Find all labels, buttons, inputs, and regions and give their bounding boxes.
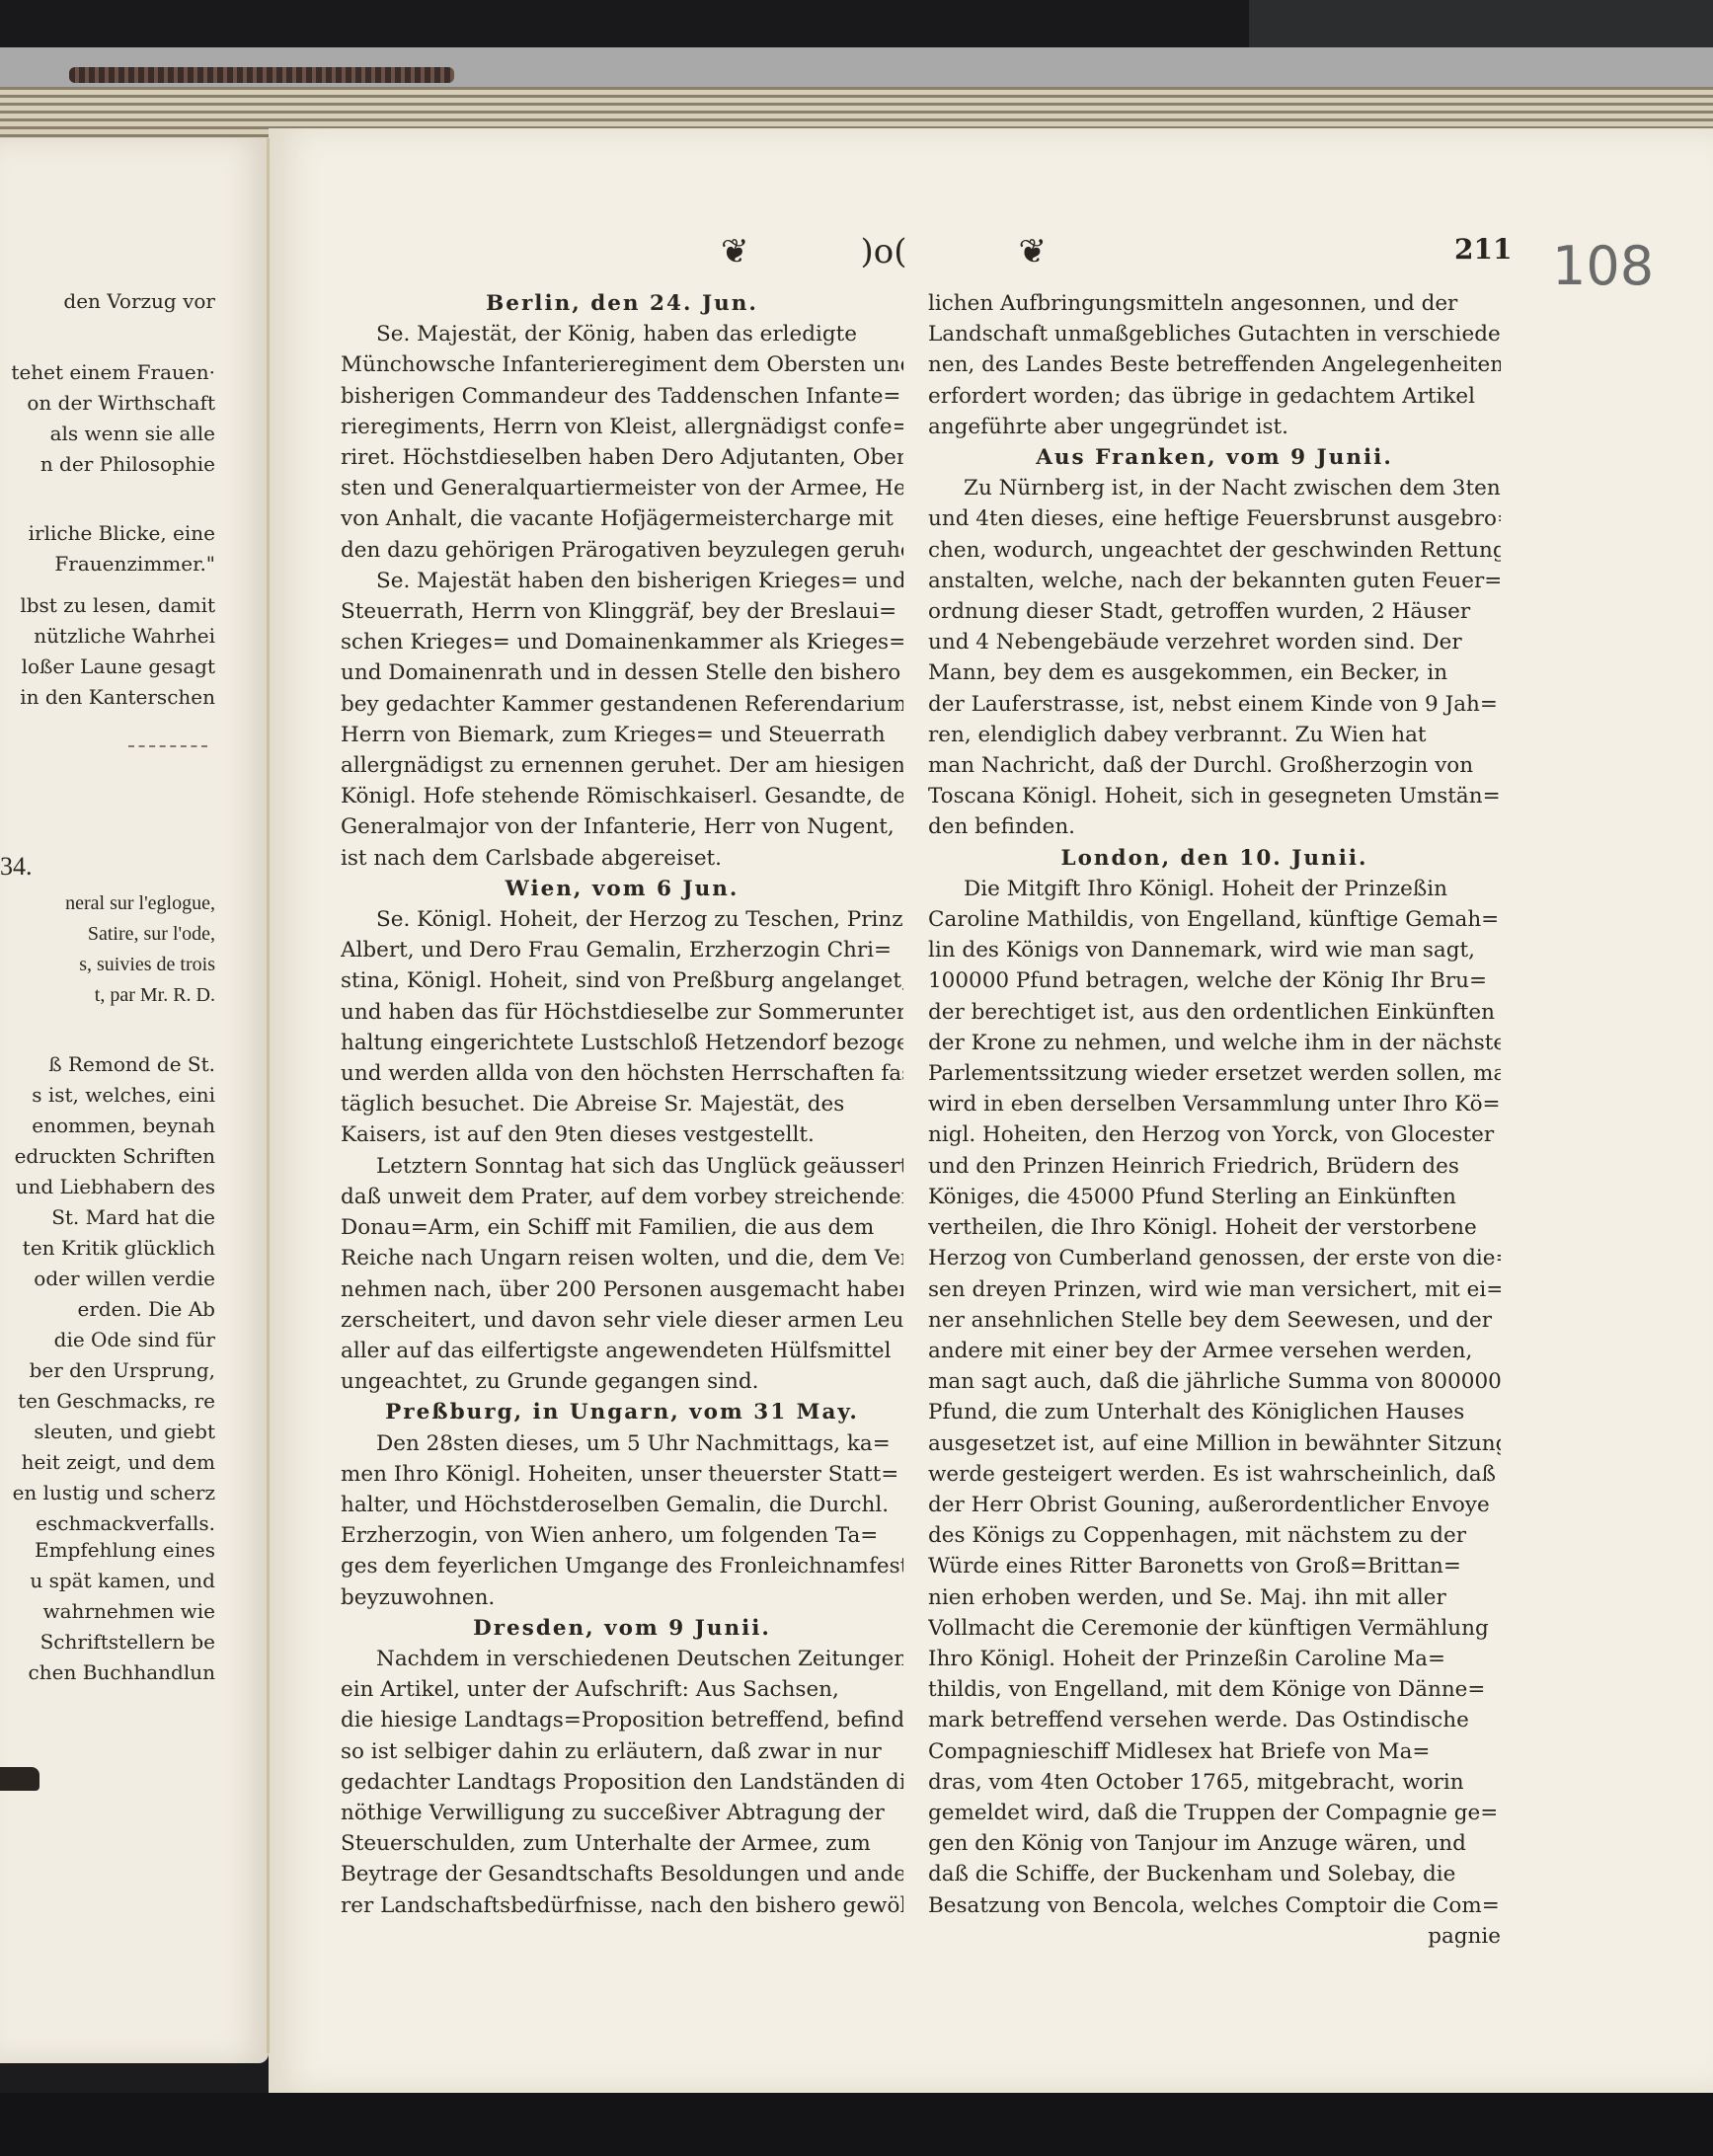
article-section: London, den 10. Junii.Die Mitgift Ihro K…: [928, 843, 1501, 1921]
text-line: und haben das für Höchstdieselbe zur Som…: [341, 997, 903, 1028]
text-line: Nachdem in verschiedenen Deutschen Zeitu…: [341, 1644, 903, 1674]
text-line: vertheilen, die Ihro Königl. Hoheit der …: [928, 1212, 1501, 1243]
text-line: halter, und Höchstderoselben Gemalin, di…: [341, 1490, 903, 1520]
text-line: andere mit einer bey der Armee versehen …: [928, 1336, 1501, 1366]
column-left: Berlin, den 24. Jun.Se. Majestät, der Kö…: [341, 288, 903, 1921]
text-line: nehmen nach, über 200 Personen ausgemach…: [341, 1274, 903, 1305]
left-line: Frauenzimmer.": [0, 549, 215, 579]
left-line: die Ode sind für: [0, 1325, 215, 1355]
article-section: Berlin, den 24. Jun.Se. Majestät, der Kö…: [341, 288, 903, 874]
left-line: chen Buchhandlun: [0, 1657, 215, 1688]
left-fragment-1: tehet einem Frauen· on der Wirthschaft a…: [0, 357, 215, 480]
article-dateline: Preßburg, in Ungarn, vom 31 May.: [341, 1397, 903, 1427]
article-section: Dresden, vom 9 Junii.Nachdem in verschie…: [341, 1613, 903, 1921]
text-line: Kaisers, ist auf den 9ten dieses vestges…: [341, 1119, 903, 1150]
tailpiece-ornament-icon: [0, 1767, 39, 1791]
text-line: nen, des Landes Beste betreffenden Angel…: [928, 349, 1501, 380]
article-dateline: Dresden, vom 9 Junii.: [341, 1613, 903, 1644]
text-line: chen, wodurch, ungeachtet der geschwinde…: [928, 535, 1501, 566]
page-number: 211: [1454, 233, 1512, 266]
text-line: der Lauferstrasse, ist, nebst einem Kind…: [928, 689, 1501, 720]
text-line: man sagt auch, daß die jährliche Summa v…: [928, 1366, 1501, 1397]
text-line: Vollmacht die Ceremonie der künftigen Ve…: [928, 1613, 1501, 1644]
left-line: 34.: [0, 851, 215, 882]
left-line: wahrnehmen wie: [0, 1596, 215, 1627]
left-line: oder willen verdie: [0, 1264, 215, 1294]
left-line: nützliche Wahrhei: [0, 621, 215, 652]
text-line: Den 28sten dieses, um 5 Uhr Nachmittags,…: [341, 1428, 903, 1459]
text-line: bisherigen Commandeur des Taddenschen In…: [341, 381, 903, 412]
text-line: Pfund, die zum Unterhalt des Königlichen…: [928, 1397, 1501, 1427]
text-line: Reiche nach Ungarn reisen wolten, und di…: [341, 1243, 903, 1273]
article-section: lichen Aufbringungsmitteln angesonnen, u…: [928, 288, 1501, 442]
text-line: schen Krieges= und Domainenkammer als Kr…: [341, 627, 903, 657]
left-line: und Liebhabern des: [0, 1172, 215, 1202]
left-line: loßer Laune gesagt: [0, 652, 215, 682]
left-line: St. Mard hat die: [0, 1202, 215, 1233]
fleuron-ornament-icon: )o(: [861, 232, 907, 271]
text-line: täglich besuchet. Die Abreise Sr. Majest…: [341, 1089, 903, 1119]
text-line: sten und Generalquartiermeister von der …: [341, 473, 903, 503]
text-line: Se. Majestät, der König, haben das erled…: [341, 319, 903, 349]
text-line: riret. Höchstdieselben haben Dero Adjuta…: [341, 442, 903, 473]
text-line: Letztern Sonntag hat sich das Unglück ge…: [341, 1151, 903, 1182]
text-line: Ihro Königl. Hoheit der Prinzeßin Caroli…: [928, 1644, 1501, 1674]
header-ornaments: ❦ )o( ❦: [721, 227, 1047, 276]
text-line: erfordert worden; das übrige in gedachte…: [928, 381, 1501, 412]
text-line: ein Artikel, unter der Aufschrift: Aus S…: [341, 1674, 903, 1705]
text-line: Toscana Königl. Hoheit, sich in gesegnet…: [928, 781, 1501, 811]
text-line: Se. Majestät haben den bisherigen Kriege…: [341, 566, 903, 596]
left-line: in den Kanterschen: [0, 682, 215, 713]
text-line: aller auf das eilfertigste angewendeten …: [341, 1336, 903, 1366]
text-line: der berechtiget ist, aus den ordentliche…: [928, 997, 1501, 1028]
text-line: nigl. Hoheiten, den Herzog von Yorck, vo…: [928, 1119, 1501, 1150]
text-line: der Krone zu nehmen, und welche ihm in d…: [928, 1028, 1501, 1058]
text-line: Die Mitgift Ihro Königl. Hoheit der Prin…: [928, 874, 1501, 904]
left-line: heit zeigt, und dem: [0, 1447, 215, 1478]
left-fragment-7: Empfehlung eines u spät kamen, und wahrn…: [0, 1535, 215, 1688]
left-line: ber den Ursprung,: [0, 1355, 215, 1386]
article-dateline: Berlin, den 24. Jun.: [341, 288, 903, 319]
text-line: rieregiments, Herrn von Kleist, allergnä…: [341, 412, 903, 442]
text-line: so ist selbiger dahin zu erläutern, daß …: [341, 1736, 903, 1767]
text-line: thildis, von Engelland, mit dem Könige v…: [928, 1674, 1501, 1705]
text-line: ner ansehnlichen Stelle bey dem Seewesen…: [928, 1305, 1501, 1336]
text-line: und werden allda von den höchsten Herrsc…: [341, 1058, 903, 1089]
left-line: edruckten Schriften: [0, 1141, 215, 1172]
text-line: Königl. Hofe stehende Römischkaiserl. Ge…: [341, 781, 903, 811]
text-line: Besatzung von Bencola, welches Comptoir …: [928, 1890, 1501, 1921]
text-line: beyzuwohnen.: [341, 1582, 903, 1613]
text-line: der Herr Obrist Gouning, außerordentlich…: [928, 1490, 1501, 1520]
text-line: ges dem feyerlichen Umgange des Fronleic…: [341, 1551, 903, 1581]
article-dateline: London, den 10. Junii.: [928, 843, 1501, 874]
left-fragment-5: neral sur l'eglogue, Satire, sur l'ode, …: [0, 888, 215, 1011]
text-line: Generalmajor von der Infanterie, Herr vo…: [341, 811, 903, 842]
left-line: en lustig und scherz: [0, 1478, 215, 1508]
text-line: wird in eben derselben Versammlung unter…: [928, 1089, 1501, 1119]
text-line: man Nachricht, daß der Durchl. Großherzo…: [928, 750, 1501, 781]
text-line: bey gedachter Kammer gestandenen Referen…: [341, 689, 903, 720]
text-line: und 4 Nebengebäude verzehret worden sind…: [928, 627, 1501, 657]
left-line: Satire, sur l'ode,: [0, 919, 215, 950]
text-line: und Domainenrath und in dessen Stelle de…: [341, 657, 903, 688]
left-line: s ist, welches, eini: [0, 1080, 215, 1111]
text-line: Se. Königl. Hoheit, der Herzog zu Tesche…: [341, 904, 903, 935]
text-line: gen den König von Tanjour im Anzuge wäre…: [928, 1828, 1501, 1859]
text-line: daß unweit dem Prater, auf dem vorbey st…: [341, 1182, 903, 1212]
text-line: und 4ten dieses, eine heftige Feuersbrun…: [928, 503, 1501, 534]
text-line: Compagnieschiff Midlesex hat Briefe von …: [928, 1736, 1501, 1767]
shell-ornament-icon: ❦: [721, 232, 749, 271]
text-line: Würde eines Ritter Baronetts von Groß=Br…: [928, 1551, 1501, 1581]
text-line: ren, elendiglich dabey verbrannt. Zu Wie…: [928, 720, 1501, 750]
text-line: den dazu gehörigen Prärogativen beyzuleg…: [341, 535, 903, 566]
book-gutter: [267, 138, 270, 2053]
left-fragment-6: ß Remond de St. s ist, welches, eini eno…: [0, 1049, 215, 1539]
text-line: Mann, bey dem es ausgekommen, ein Becker…: [928, 657, 1501, 688]
text-line: Beytrage der Gesandtschafts Besoldungen …: [341, 1859, 903, 1889]
text-line: anstalten, welche, nach der bekannten gu…: [928, 566, 1501, 596]
left-line: s, suivies de trois: [0, 950, 215, 980]
text-line: Steuerschulden, zum Unterhalte der Armee…: [341, 1828, 903, 1859]
text-line: allergnädigst zu ernennen geruhet. Der a…: [341, 750, 903, 781]
scan-background-bottom: [0, 2093, 1713, 2156]
left-line: den Vorzug vor: [0, 286, 215, 317]
left-line: tehet einem Frauen·: [0, 357, 215, 388]
left-line: Empfehlung eines: [0, 1535, 215, 1566]
text-line: Albert, und Dero Frau Gemalin, Erzherzog…: [341, 935, 903, 965]
text-line: sen dreyen Prinzen, wird wie man versich…: [928, 1274, 1501, 1305]
left-line: ten Geschmacks, re: [0, 1386, 215, 1417]
text-line: werde gesteigert werden. Es ist wahrsche…: [928, 1459, 1501, 1490]
text-line: mark betreffend versehen werde. Das Osti…: [928, 1705, 1501, 1735]
left-line: on der Wirthschaft: [0, 388, 215, 419]
text-line: nien erhoben werden, und Se. Maj. ihn mi…: [928, 1582, 1501, 1613]
article-dateline: Aus Franken, vom 9 Junii.: [928, 442, 1501, 473]
text-line: Parlementssitzung wieder ersetzet werden…: [928, 1058, 1501, 1089]
left-line: sleuten, und giebt: [0, 1417, 215, 1447]
left-fragment-0: den Vorzug vor: [0, 286, 215, 317]
text-line: Königes, die 45000 Pfund Sterling an Ein…: [928, 1182, 1501, 1212]
article-section: Wien, vom 6 Jun.Se. Königl. Hoheit, der …: [341, 874, 903, 1397]
section-rule: [128, 745, 207, 747]
text-line: angeführte aber ungegründet ist.: [928, 412, 1501, 442]
column-right: lichen Aufbringungsmitteln angesonnen, u…: [928, 288, 1501, 1952]
text-line: men Ihro Königl. Hoheiten, unser theuers…: [341, 1459, 903, 1490]
text-line: Donau=Arm, ein Schiff mit Familien, die …: [341, 1212, 903, 1243]
catchword: pagnie: [928, 1921, 1501, 1952]
text-line: lin des Königs von Dannemark, wird wie m…: [928, 935, 1501, 965]
left-line: als wenn sie alle: [0, 419, 215, 449]
text-line: und den Prinzen Heinrich Friedrich, Brüd…: [928, 1151, 1501, 1182]
article-section: Preßburg, in Ungarn, vom 31 May.Den 28st…: [341, 1397, 903, 1612]
text-line: ungeachtet, zu Grunde gegangen sind.: [341, 1366, 903, 1397]
left-line: enommen, beynah: [0, 1111, 215, 1141]
left-fragment-2: irliche Blicke, eine Frauenzimmer.": [0, 518, 215, 579]
text-line: ist nach dem Carlsbade abgereiset.: [341, 843, 903, 874]
text-line: 100000 Pfund betragen, welche der König …: [928, 965, 1501, 996]
article-section: Aus Franken, vom 9 Junii.Zu Nürnberg ist…: [928, 442, 1501, 843]
text-line: gemeldet wird, daß die Truppen der Compa…: [928, 1798, 1501, 1828]
text-line: von Anhalt, die vacante Hofjägermeisterc…: [341, 503, 903, 534]
text-line: rer Landschaftsbedürfnisse, nach den bis…: [341, 1890, 903, 1921]
left-line: lbst zu lesen, damit: [0, 590, 215, 621]
text-line: Zu Nürnberg ist, in der Nacht zwischen d…: [928, 473, 1501, 503]
text-line: Erzherzogin, von Wien anhero, um folgend…: [341, 1520, 903, 1551]
left-line: u spät kamen, und: [0, 1566, 215, 1596]
text-line: haltung eingerichtete Lustschloß Hetzend…: [341, 1028, 903, 1058]
left-line: irliche Blicke, eine: [0, 518, 215, 549]
left-line: n der Philosophie: [0, 449, 215, 480]
left-fragment-3: lbst zu lesen, damit nützliche Wahrhei l…: [0, 590, 215, 713]
left-line: neral sur l'eglogue,: [0, 888, 215, 919]
text-line: die hiesige Landtags=Proposition betreff…: [341, 1705, 903, 1735]
left-line: t, par Mr. R. D.: [0, 980, 215, 1011]
text-line: ausgesetzet ist, auf eine Million in bew…: [928, 1428, 1501, 1459]
headband-cord: [69, 67, 454, 83]
text-line: Herzog von Cumberland genossen, der erst…: [928, 1243, 1501, 1273]
text-line: dras, vom 4ten October 1765, mitgebracht…: [928, 1767, 1501, 1798]
text-line: Landschaft unmaßgebliches Gutachten in v…: [928, 319, 1501, 349]
left-line: ß Remond de St.: [0, 1049, 215, 1080]
left-line: Schriftstellern be: [0, 1627, 215, 1657]
text-line: zerscheitert, und davon sehr viele diese…: [341, 1305, 903, 1336]
text-line: daß die Schiffe, der Buckenham und Soleb…: [928, 1859, 1501, 1889]
shell-ornament-icon: ❦: [1019, 232, 1048, 271]
text-line: Herrn von Biemark, zum Krieges= und Steu…: [341, 720, 903, 750]
text-line: Caroline Mathildis, von Engelland, künft…: [928, 904, 1501, 935]
text-line: lichen Aufbringungsmitteln angesonnen, u…: [928, 288, 1501, 319]
text-line: den befinden.: [928, 811, 1501, 842]
left-line: ten Kritik glücklich: [0, 1233, 215, 1264]
left-fragment-4: 34.: [0, 851, 215, 882]
article-dateline: Wien, vom 6 Jun.: [341, 874, 903, 904]
left-line: erden. Die Ab: [0, 1294, 215, 1325]
text-line: gedachter Landtags Proposition den Lands…: [341, 1767, 903, 1798]
text-line: ordnung dieser Stadt, getroffen wurden, …: [928, 596, 1501, 627]
text-line: Münchowsche Infanterieregiment dem Obers…: [341, 349, 903, 380]
archive-number: 108: [1552, 235, 1654, 297]
text-line: des Königs zu Coppenhagen, mit nächstem …: [928, 1520, 1501, 1551]
text-line: stina, Königl. Hoheit, sind von Preßburg…: [341, 965, 903, 996]
text-line: Steuerrath, Herrn von Klinggräf, bey der…: [341, 596, 903, 627]
text-line: nöthige Verwilligung zu succeßiver Abtra…: [341, 1798, 903, 1828]
